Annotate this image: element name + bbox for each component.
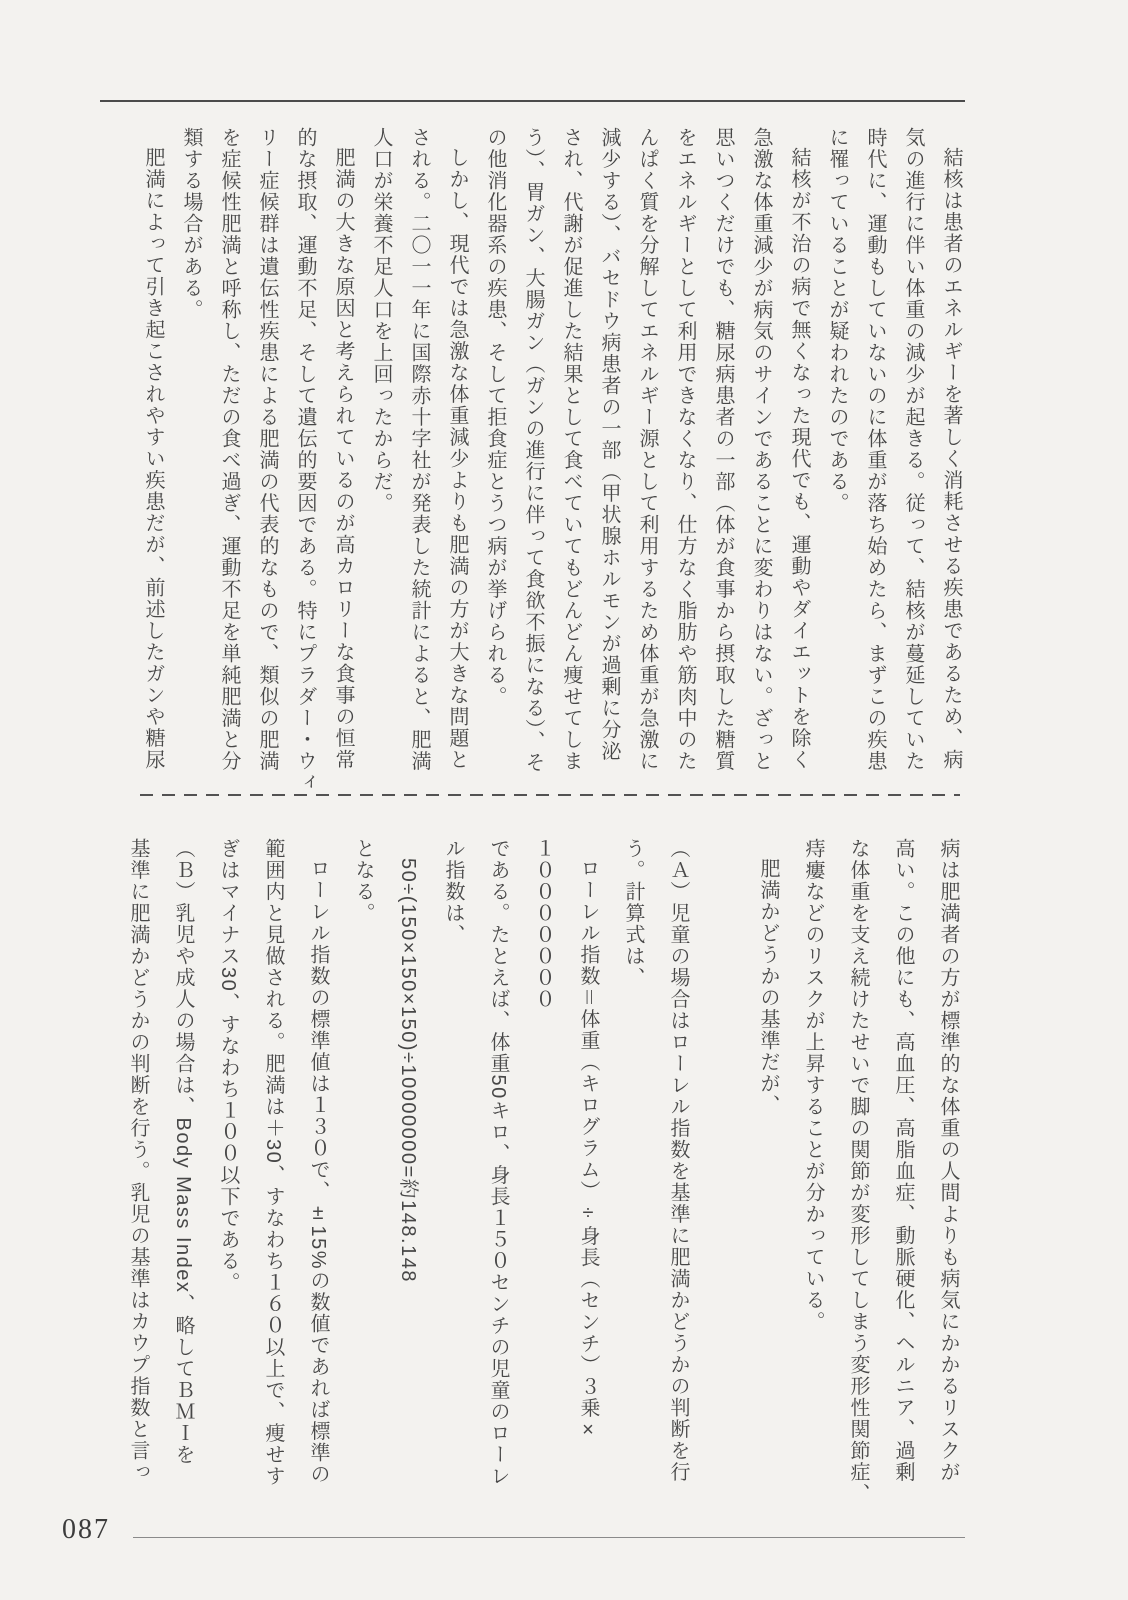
text-column: ぎはマイナス30、すなわち１００以下である。 — [205, 838, 250, 1488]
upper-text-block: 結核は患者のエネルギーを著しく消耗させる疾患であるため、病気の進行に伴い体重の減… — [134, 127, 970, 783]
text-column: 50÷(150×150×150)÷10000000=約148.148 — [385, 838, 430, 1488]
page-number: 087 — [62, 1514, 110, 1546]
text-column: 時代に、運動もしていないのに体重が落ち始めたら、まずこの疾患 — [856, 127, 894, 783]
text-column: 結核が不治の病で無くなった現代でも、運動やダイエットを除く — [780, 127, 818, 783]
text-column: される。二〇一一年に国際赤十字社が発表した統計によると、肥満 — [400, 127, 438, 783]
text-column: う。計算式は、 — [610, 838, 655, 1488]
text-column: 範囲内と見做される。肥満は＋30、すなわち１６０以上で、痩せす — [250, 838, 295, 1488]
text-column: 肥満かどうかの基準だが、 — [745, 838, 790, 1488]
text-column: 高い。この他にも、高血圧、高脂血症、動脈硬化、ヘルニア、過剰 — [880, 838, 925, 1488]
text-column: う）、胃ガン、大腸ガン（ガンの進行に伴って食欲不振になる）、そ — [514, 127, 552, 783]
text-column: に罹っていることが疑われたのである。 — [818, 127, 856, 783]
text-column: 病は肥満者の方が標準的な体重の人間よりも病気にかかるリスクが — [925, 838, 970, 1488]
text-column: 思いつくだけでも、糖尿病患者の一部（体が食事から摂取した糖質 — [704, 127, 742, 783]
text-column: （Ｂ）乳児や成人の場合は、Body Mass Index、略してＢＭＩを — [160, 838, 205, 1488]
text-column: （Ａ）児童の場合はローレル指数を基準に肥満かどうかの判断を行 — [655, 838, 700, 1488]
text-column: しかし、現代では急激な体重減少よりも肥満の方が大きな問題と — [438, 127, 476, 783]
text-column: である。たとえば、体重50キロ、身長１５０センチの児童のローレ — [475, 838, 520, 1488]
text-column: ル指数は、 — [430, 838, 475, 1488]
text-column: 肥満によって引き起こされやすい疾患だが、前述したガンや糖尿 — [134, 127, 172, 783]
text-column: な体重を支え続けたせいで脚の関節が変形してしまう変形性関節症、 — [835, 838, 880, 1488]
text-column: 痔瘻などのリスクが上昇することが分かっている。 — [790, 838, 835, 1488]
text-column: 基準に肥満かどうかの判断を行う。乳児の基準はカウプ指数と言っ — [115, 838, 160, 1488]
text-column: ローレル指数＝体重（キログラム）÷身長（センチ）３乗× — [565, 838, 610, 1488]
text-column: 類する場合がある。 — [172, 127, 210, 783]
text-column: 肥満の大きな原因と考えられているのが高カロリーな食事の恒常 — [324, 127, 362, 783]
section-divider-dashed — [140, 794, 960, 796]
text-column: １０００００００ — [520, 838, 565, 1488]
text-column: 急激な体重減少が病気のサインであることに変わりはない。ざっと — [742, 127, 780, 783]
text-column: リー症候群は遺伝性疾患による肥満の代表的なもので、類似の肥満 — [248, 127, 286, 783]
text-column: 人口が栄養不足人口を上回ったからだ。 — [362, 127, 400, 783]
page-footer: 087 — [0, 1510, 1128, 1570]
text-column: をエネルギーとして利用できなくなり、仕方なく脂肪や筋肉中のた — [666, 127, 704, 783]
book-page: 結核は患者のエネルギーを著しく消耗させる疾患であるため、病気の進行に伴い体重の減… — [0, 0, 1128, 1600]
text-column: 的な摂取、運動不足、そして遺伝的要因である。特にプラダー・ウィ — [286, 127, 324, 783]
text-column: ローレル指数の標準値は１３０で、±15%の数値であれば標準の — [295, 838, 340, 1488]
text-column: を症候性肥満と呼称し、ただの食べ過ぎ、運動不足を単純肥満と分 — [210, 127, 248, 783]
footer-rule — [133, 1537, 965, 1538]
text-column: され、代謝が促進した結果として食べていてもどんどん痩せてしま — [552, 127, 590, 783]
text-column: んぱく質を分解してエネルギー源として利用するため体重が急激に — [628, 127, 666, 783]
header-rule — [100, 100, 965, 102]
lower-text-block: 病は肥満者の方が標準的な体重の人間よりも病気にかかるリスクが高い。この他にも、高… — [115, 838, 970, 1488]
blank-column — [700, 838, 745, 1488]
text-column: の他消化器系の疾患、そして拒食症とうつ病が挙げられる。 — [476, 127, 514, 783]
text-column: 減少する）、バセドウ病患者の一部（甲状腺ホルモンが過剰に分泌 — [590, 127, 628, 783]
text-column: 気の進行に伴い体重の減少が起きる。従って、結核が蔓延していた — [894, 127, 932, 783]
text-column: となる。 — [340, 838, 385, 1488]
text-column: 結核は患者のエネルギーを著しく消耗させる疾患であるため、病 — [932, 127, 970, 783]
